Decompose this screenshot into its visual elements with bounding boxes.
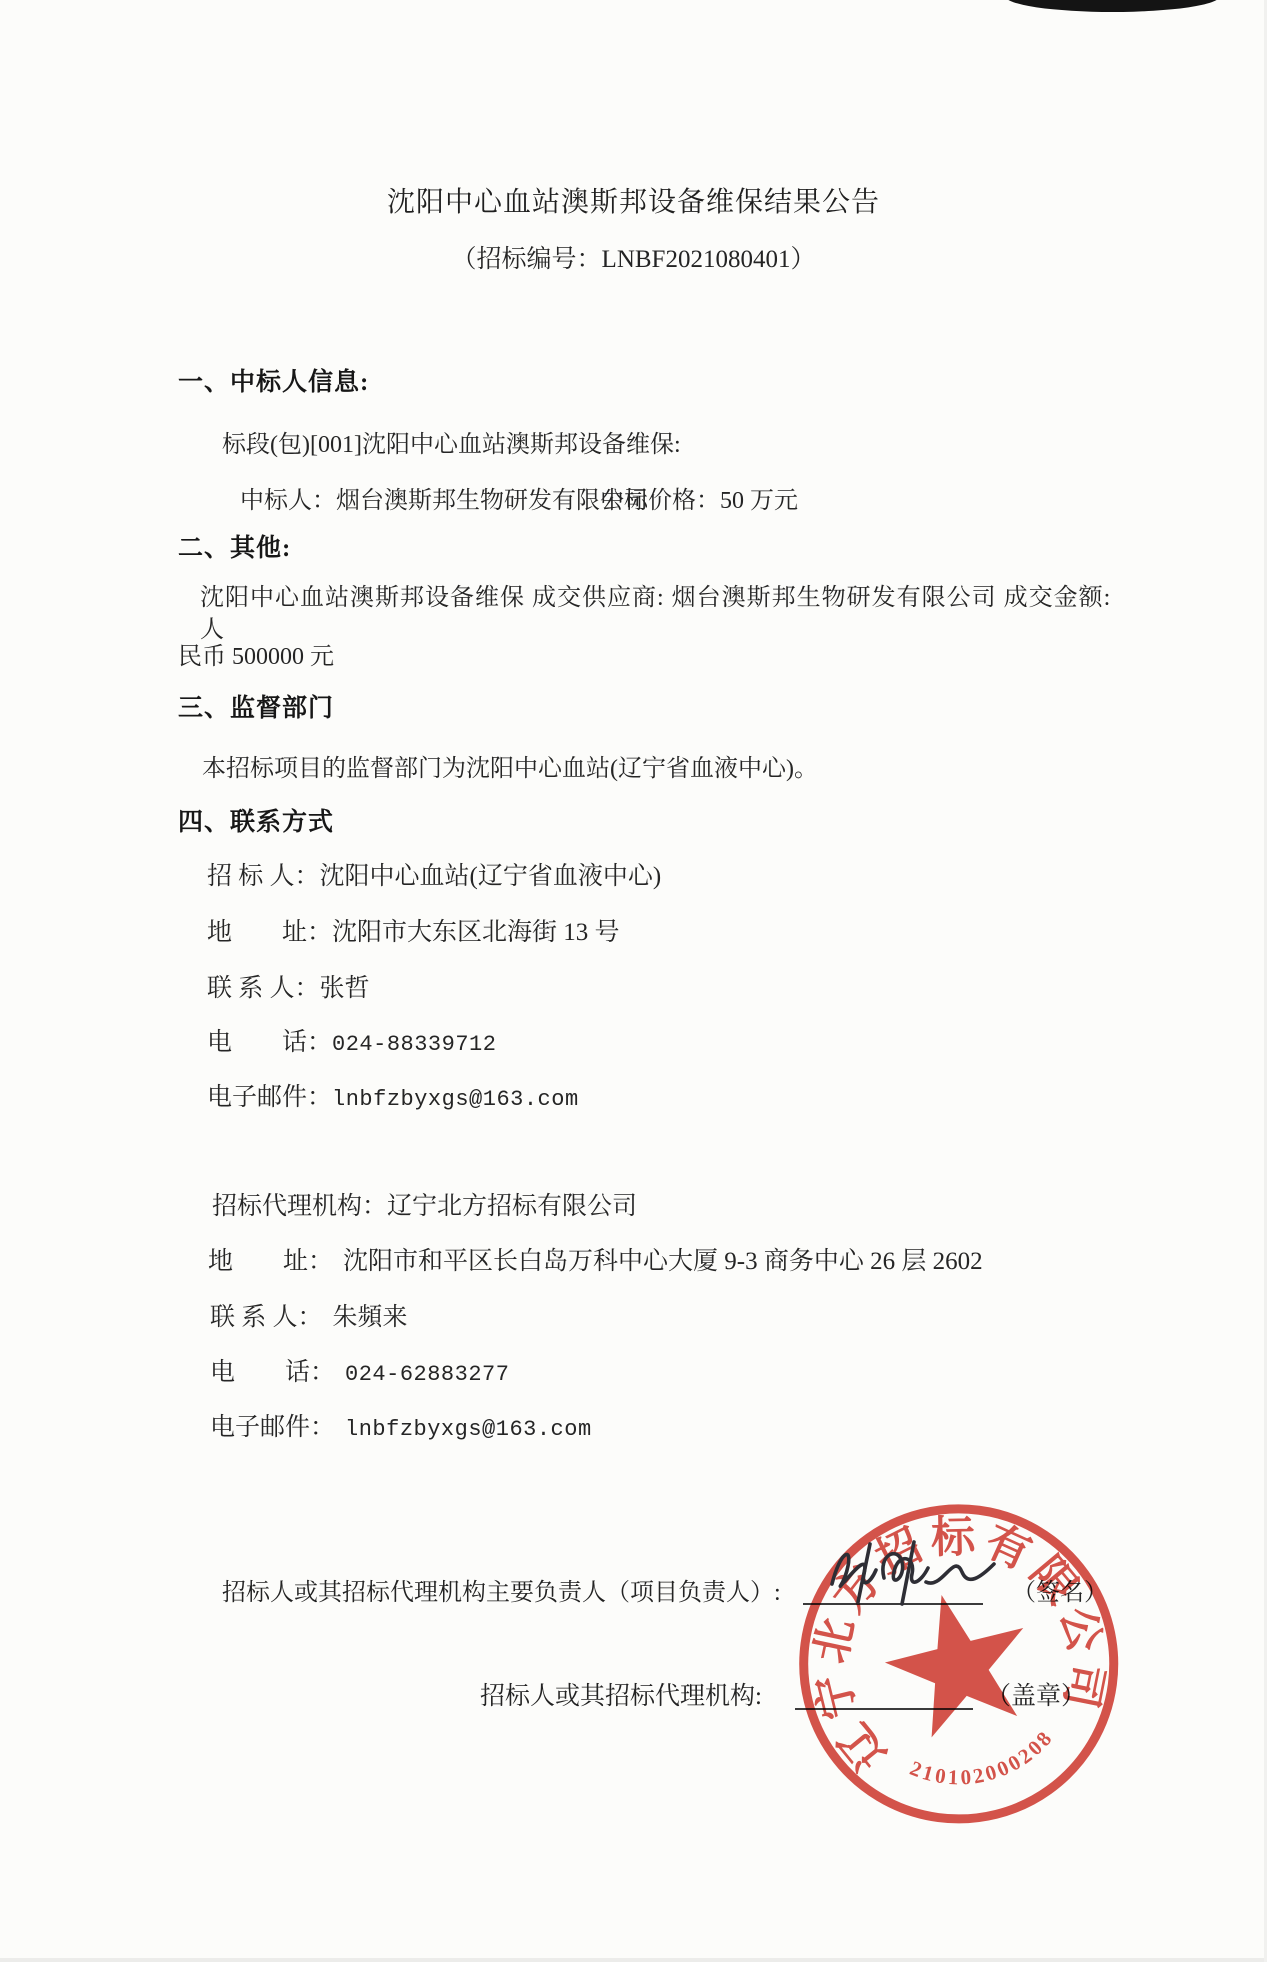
agency-contact-value: 朱頻来 <box>333 1304 408 1331</box>
section-2-heading: 二、其他: <box>178 528 291 564</box>
deal-line-1: 沈阳中心血站澳斯邦设备维保 成交供应商: 烟台澳斯邦生物研发有限公司 成交金额:… <box>200 582 1135 646</box>
tenderer-email-value: lnbfzbyxgs@163.com <box>332 1087 579 1112</box>
tenderer-address-label: 地 址： <box>207 919 332 946</box>
section-1-heading: 一、中标人信息: <box>178 362 369 398</box>
scan-artifact <box>1005 0 1220 12</box>
price-line: 中标价格：50 万元 <box>600 480 798 515</box>
tenderer-name-row: 招 标 人：沈阳中心血站(辽宁省血液中心) <box>207 856 661 892</box>
section-4-heading: 四、联系方式 <box>178 802 334 838</box>
company-seal: 辽宁北方招标有限公司 210102000208 <box>758 1461 1158 1861</box>
winner-label: 中标人： <box>240 488 336 514</box>
tenderer-phone-value: 024-88339712 <box>332 1032 496 1057</box>
tenderer-contact-label: 联 系 人： <box>207 975 320 1002</box>
agency-email-label: 电子邮件： <box>210 1414 335 1441</box>
price-label: 中标价格： <box>600 488 720 514</box>
section-3-heading: 三、监督部门 <box>178 688 334 724</box>
page-title: 沈阳中心血站澳斯邦设备维保结果公告 <box>0 180 1267 220</box>
agency-address-value: 沈阳市和平区长白岛万科中心大厦 9-3 商务中心 26 层 2602 <box>343 1248 983 1275</box>
agency-address-row: 地 址：沈阳市和平区长白岛万科中心大厦 9-3 商务中心 26 层 2602 <box>208 1241 983 1277</box>
principal-signature-label: 招标人或其招标代理机构主要负责人（项目负责人）: <box>222 1572 781 1607</box>
agency-phone-row: 电 话：024-62883277 <box>210 1352 509 1388</box>
tenderer-name-value: 沈阳中心血站(辽宁省血液中心) <box>320 863 662 890</box>
lot-line: 标段(包)[001]沈阳中心血站澳斯邦设备维保: <box>222 424 681 459</box>
winner-line: 中标人：烟台澳斯邦生物研发有限公司 <box>240 480 648 515</box>
agency-email-value: lnbfzbyxgs@163.com <box>345 1417 592 1442</box>
agency-contact-label: 联 系 人： <box>210 1304 323 1331</box>
org-seal-label: 招标人或其招标代理机构: <box>480 1676 762 1712</box>
agency-name-value: 辽宁北方招标有限公司 <box>387 1193 637 1220</box>
doc-subtitle: （招标编号：LNBF2021080401） <box>0 239 1267 275</box>
tenderer-address-row: 地 址：沈阳市大东区北海街 13 号 <box>207 912 620 948</box>
tenderer-email-row: 电子邮件：lnbfzbyxgs@163.com <box>207 1077 579 1113</box>
tenderer-contact-value: 张哲 <box>320 975 370 1002</box>
tenderer-email-label: 电子邮件： <box>207 1084 332 1111</box>
price-value: 50 万元 <box>720 488 798 514</box>
tenderer-contact-row: 联 系 人：张哲 <box>207 968 370 1004</box>
agency-email-row: 电子邮件：lnbfzbyxgs@163.com <box>210 1407 592 1443</box>
agency-phone-value: 024-62883277 <box>345 1362 509 1387</box>
scanned-document-page: 沈阳中心血站澳斯邦设备维保结果公告 （招标编号：LNBF2021080401） … <box>0 0 1267 1962</box>
agency-address-label: 地 址： <box>208 1248 333 1275</box>
tenderer-phone-label: 电 话： <box>207 1029 332 1056</box>
agency-name-label: 招标代理机构： <box>212 1193 387 1220</box>
tenderer-address-value: 沈阳市大东区北海街 13 号 <box>332 919 620 946</box>
tenderer-phone-row: 电 话：024-88339712 <box>207 1022 496 1058</box>
supervision-body: 本招标项目的监督部门为沈阳中心血站(辽宁省血液中心)。 <box>202 748 818 783</box>
agency-contact-row: 联 系 人：朱頻来 <box>210 1297 408 1333</box>
agency-phone-label: 电 话： <box>210 1359 335 1386</box>
tenderer-name-label: 招 标 人： <box>207 863 320 890</box>
agency-name-row: 招标代理机构：辽宁北方招标有限公司 <box>212 1186 637 1222</box>
deal-line-2: 民币 500000 元 <box>178 636 334 671</box>
scan-edge-bottom <box>0 1958 1267 1962</box>
handwritten-signature <box>818 1534 1008 1617</box>
